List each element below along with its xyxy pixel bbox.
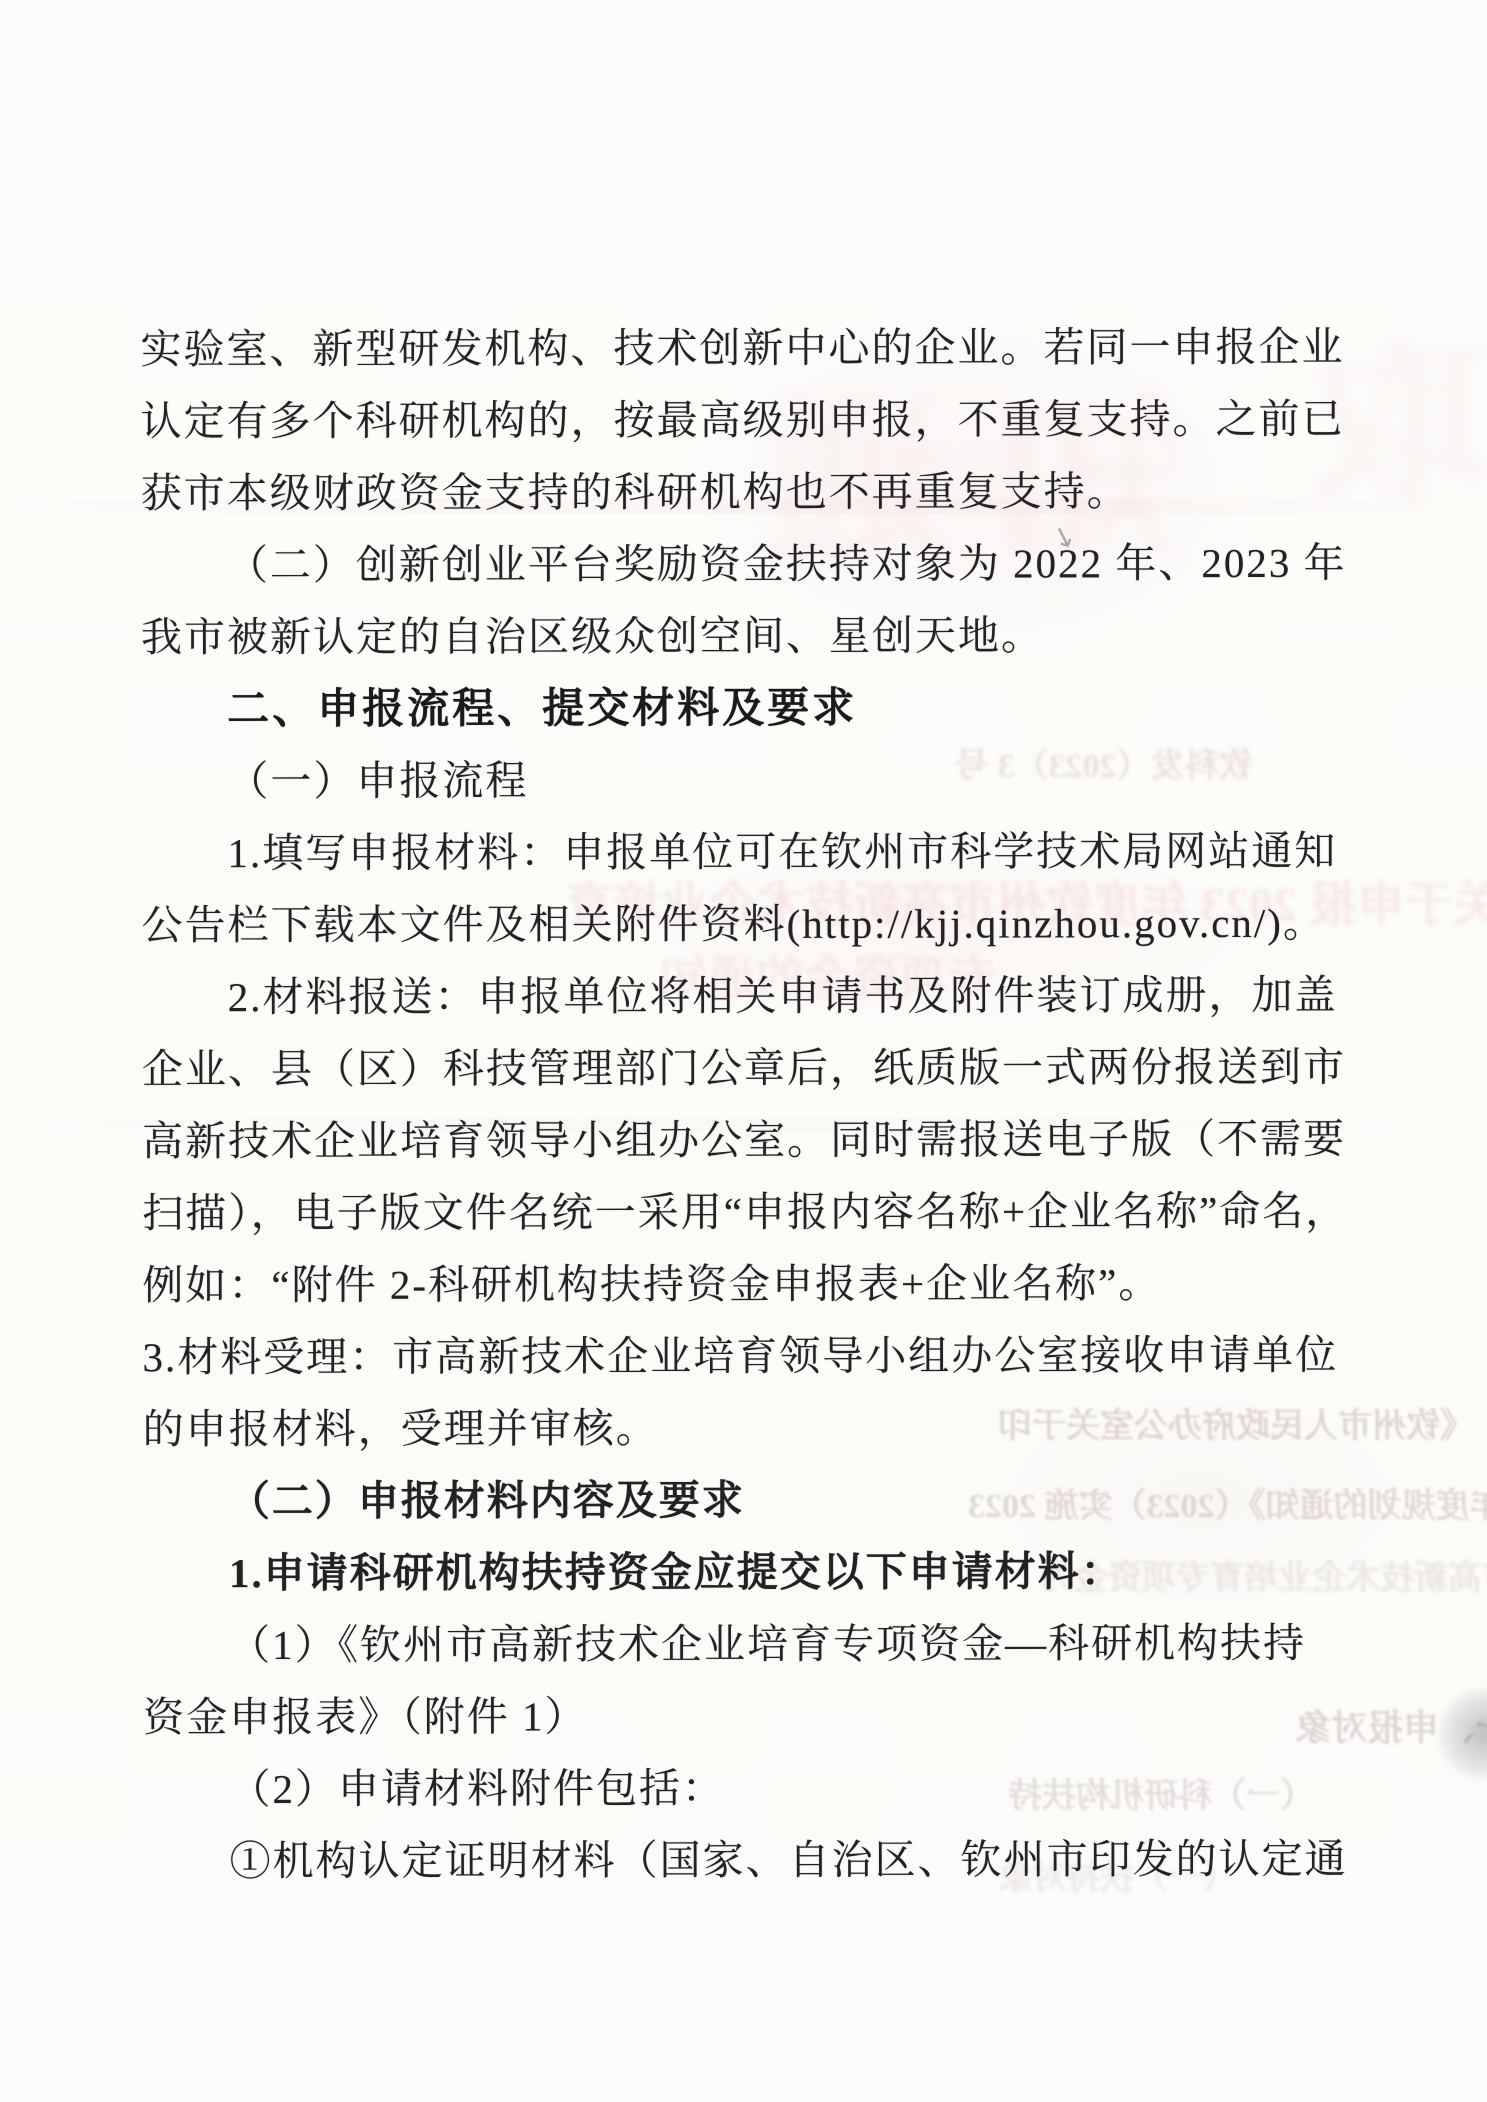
text-line: 二、申报流程、提交材料及要求 bbox=[141, 671, 1381, 746]
text-line: 1.填写申报材料：申报单位可在钦州市科学技术局网站通知 bbox=[141, 815, 1381, 890]
text-line: 2.材料报送：申报单位将相关申请书及附件装订成册，加盖 bbox=[142, 959, 1382, 1034]
text-line: ①机构认定证明材料（国家、自治区、钦州市印发的认定通 bbox=[144, 1823, 1384, 1898]
text-line: （二）申报材料内容及要求 bbox=[143, 1463, 1383, 1538]
text-line: 的申报材料，受理并审核。 bbox=[143, 1391, 1383, 1466]
document-page: 知 通件 取钦科发（2023）3 号关于申报 2023 年度钦州市高新技术企业培… bbox=[0, 0, 1487, 2102]
text-line: 实验室、新型研发机构、技术创新中心的企业。若同一申报企业 bbox=[140, 311, 1380, 386]
text-line: 高新技术企业培育领导小组办公室。同时需报送电子版（不需要 bbox=[142, 1103, 1382, 1178]
text-line: （二）创新创业平台奖励资金扶持对象为 2022 年、2023 年 bbox=[141, 527, 1381, 602]
text-line: 公告栏下载本文件及相关附件资料(http://kjj.qinzhou.gov.c… bbox=[142, 887, 1382, 962]
scan-smudge-artifact bbox=[1438, 1688, 1487, 1780]
text-line: 资金申报表》（附件 1） bbox=[143, 1679, 1383, 1754]
text-line: 我市被新认定的自治区级众创空间、星创天地。 bbox=[141, 599, 1381, 674]
text-line: 1.申请科研机构扶持资金应提交以下申请材料： bbox=[143, 1535, 1383, 1610]
text-line: 扫描），电子版文件名统一采用“申报内容名称+企业名称”命名， bbox=[142, 1175, 1382, 1250]
text-line: 认定有多个科研机构的，按最高级别申报，不重复支持。之前已 bbox=[140, 383, 1380, 458]
text-line: 获市本级财政资金支持的科研机构也不再重复支持。 bbox=[141, 455, 1381, 530]
text-line: 例如：“附件 2-科研机构扶持资金申报表+企业名称”。 bbox=[142, 1247, 1382, 1322]
text-line: （1）《钦州市高新技术企业培育专项资金—科研机构扶持 bbox=[143, 1607, 1383, 1682]
text-line: （2）申请材料附件包括： bbox=[143, 1751, 1383, 1826]
document-body: 实验室、新型研发机构、技术创新中心的企业。若同一申报企业认定有多个科研机构的，按… bbox=[140, 311, 1383, 1898]
text-line: （一）申报流程 bbox=[141, 743, 1381, 818]
text-line: 企业、县（区）科技管理部门公章后，纸质版一式两份报送到市 bbox=[142, 1031, 1382, 1106]
text-line: 3.材料受理：市高新技术企业培育领导小组办公室接收申请单位 bbox=[142, 1319, 1382, 1394]
